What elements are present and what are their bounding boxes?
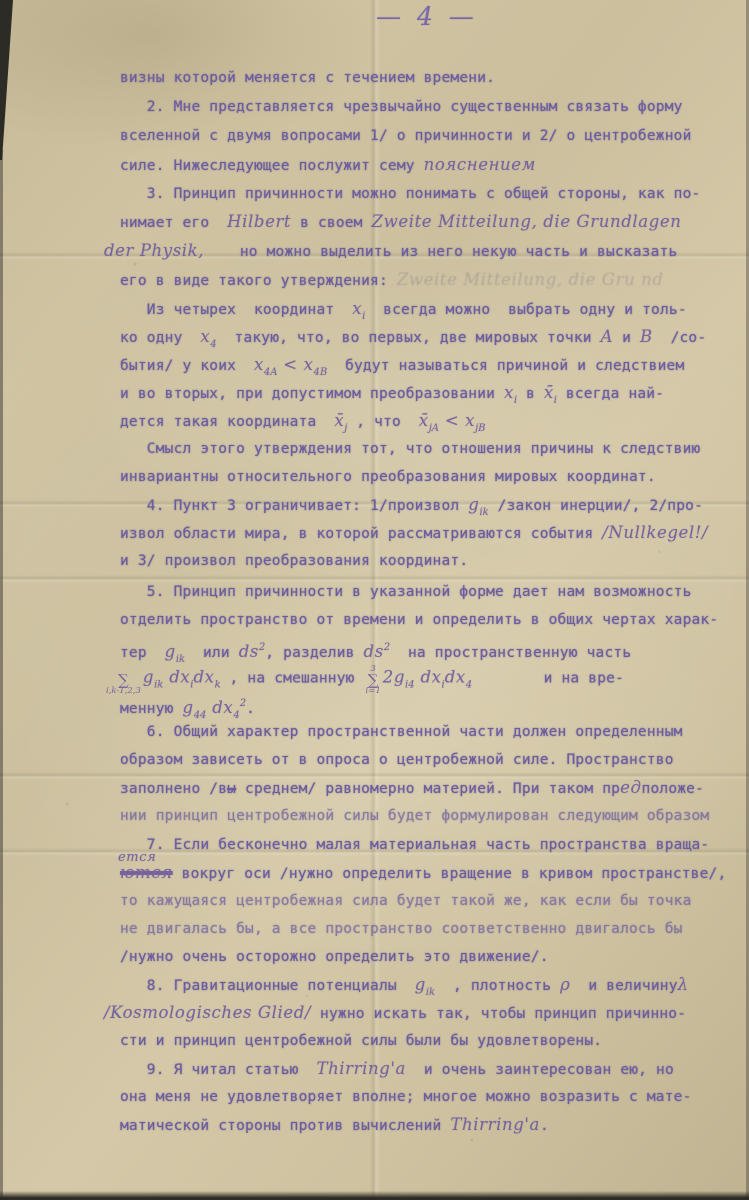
text-line: силе. Нижеследующее послужит сему поясне… — [120, 153, 536, 177]
typed-text: и на вре- — [472, 670, 624, 686]
handwritten-text: Hilbert — [227, 212, 291, 231]
handwritten-text: /Kosmologisches Glied/ — [104, 1003, 311, 1022]
handwritten-text: x̄ — [544, 383, 554, 402]
typed-text: силе. Нижеследующее послужит сему — [120, 158, 424, 174]
text-line: 6. Общий характер пространственной части… — [120, 720, 683, 744]
handwritten-text: dx — [445, 667, 466, 686]
typed-text: среднем/ равномерно материей. При таком … — [236, 781, 620, 797]
typed-text: такую, что, во первых, две мировых точки — [217, 330, 601, 346]
text-line: тер gik или ds2, разделив ds2 на простра… — [120, 636, 631, 660]
text-line: заполнено /вы среднем/ равномерно матери… — [120, 776, 704, 800]
typed-text: матической стороны против вычислений — [120, 1118, 450, 1134]
summation-symbol: ∑i,k-1,2,3 — [106, 665, 141, 696]
handwritten-text: g — [183, 698, 194, 717]
typed-text: то кажущаяся центробежная сила будет так… — [120, 893, 692, 909]
typed-text: . — [540, 1118, 549, 1134]
scan-edge-bottom — [0, 1191, 749, 1200]
summation-symbol: 3∑i=1 — [366, 665, 381, 696]
typed-text: 7. Если бесконечно малая материальная ча… — [120, 837, 709, 853]
typed-text: отделить пространство от времени и опред… — [120, 612, 718, 628]
text-line: дется такая координата x̄j , что x̄jA < … — [120, 409, 486, 433]
typed-text: вокруг оси /нужно определить вращение в … — [173, 866, 727, 882]
typed-text: всегда най- — [557, 386, 664, 402]
typed-text: и — [613, 330, 640, 346]
typed-text: и 3/ произвол преобразования координат. — [120, 553, 468, 569]
handwritten-text: g — [415, 975, 426, 994]
handwritten-text: ρ — [560, 975, 570, 994]
text-line: визны которой меняется с течением времен… — [120, 66, 495, 90]
typed-text: будут называться причиной и следствием — [327, 358, 684, 374]
text-line: /нужно очень осторожно определить это дв… — [120, 945, 549, 969]
document-body: визны которой меняется с течением времен… — [0, 0, 749, 1200]
typed-text: 5. Принцип причинности в указанной форме… — [120, 584, 692, 600]
handwritten-text: ются — [120, 863, 173, 882]
handwritten-text: 2g — [383, 667, 405, 686]
typed-text: положе- — [642, 781, 705, 797]
typed-text: всегда можно выбрать одну и толь- — [365, 302, 686, 318]
typed-text: 2. Мне представляется чрезвычайно сущест… — [120, 99, 683, 115]
text-line: инвариантны относительного преобразовани… — [120, 465, 656, 489]
typed-text: не двигалась бы, а все пространство соот… — [120, 921, 683, 937]
text-line: 8. Гравитационные потенциалы gik , плотн… — [120, 973, 689, 997]
handwritten-text: A — [601, 327, 614, 346]
handwritten-text: B — [640, 327, 653, 346]
handwritten-text: ik — [479, 507, 488, 518]
typed-text: нимает его — [120, 215, 227, 231]
typed-text: дется такая координата — [120, 414, 334, 430]
typed-text: , разделив — [265, 645, 363, 661]
typed-text: заполнено /в — [120, 781, 227, 797]
text-line: образом зависеть от в опроса о центробеж… — [120, 748, 674, 772]
handwritten-text: x — [352, 299, 362, 318]
typed-text: вселенной с двумя вопросами 1/ о причинн… — [120, 128, 692, 144]
typed-text: тер — [120, 645, 165, 661]
text-line: /Kosmologisches Glied/ нужно искать так,… — [104, 1001, 686, 1025]
text-line: Из четырех координат xi всегда можно выб… — [120, 297, 687, 321]
handwritten-text: Thirring'a — [316, 1059, 406, 1078]
text-line: она меня не удовлетворяет вполне; многое… — [120, 1085, 692, 1109]
handwritten-text: x — [465, 411, 475, 430]
typed-text: Смысл этого утверждения тот, что отношен… — [120, 441, 700, 457]
text-line: отделить пространство от времени и опред… — [120, 608, 718, 632]
handwritten-text: < — [439, 411, 465, 430]
handwritten-text: jB — [475, 423, 485, 434]
typed-text: извол области мира, в которой рассматрив… — [120, 526, 602, 542]
typed-text: сти и принцип центробежной силы были бы … — [120, 1033, 602, 1049]
text-line: сти и принцип центробежной силы были бы … — [120, 1029, 602, 1053]
text-line: извол области мира, в которой рассматрив… — [120, 521, 708, 545]
handwritten-text: dx — [415, 667, 442, 686]
typed-text: или — [185, 645, 239, 661]
typed-text: /закон инерции/, 2/про- — [489, 498, 703, 514]
text-line: и 3/ произвол преобразования координат. — [120, 549, 468, 573]
handwritten-text: ds — [239, 642, 259, 661]
handwritten-text: ds — [364, 642, 384, 661]
handwritten-text: ед — [620, 778, 641, 797]
handwritten-text: x — [304, 355, 314, 374]
text-line: матической стороны против вычислений Thi… — [120, 1113, 549, 1137]
handwritten-text: x̄ — [334, 411, 344, 430]
typed-text: но можно выделить из него некую часть и … — [204, 244, 677, 260]
text-line: етсяются вокруг оси /нужно определить вр… — [120, 861, 726, 885]
handwritten-text: Thirring'a — [450, 1115, 540, 1134]
typed-text: ы — [227, 781, 236, 797]
typed-text: образом зависеть от в опроса о центробеж… — [120, 752, 674, 768]
handwritten-text: 4A — [264, 367, 278, 378]
typed-text: 8. Гравитационные потенциалы — [120, 978, 415, 994]
typed-text: 3. Принцип причинности можно понимать с … — [120, 186, 700, 202]
text-line: и во вторых, при допустимом преобразован… — [120, 381, 664, 405]
handwritten-text: пояснением — [424, 155, 536, 174]
handwritten-text: g — [143, 667, 154, 686]
typed-text: 4. Пункт 3 ограничивает: 1/произвол — [120, 498, 468, 514]
handwritten-text: jA — [429, 423, 439, 434]
handwritten-text: dx — [193, 667, 214, 686]
text-line: менную g44 dx42. — [120, 692, 255, 716]
typed-text: и очень заинтересован ею, но — [406, 1062, 674, 1078]
typed-text: менную — [120, 701, 183, 717]
handwritten-text: Zweite Mitteilung, die Grundlagen — [372, 212, 682, 231]
text-line: ∑i,k-1,2,3gik dxidxk , на смешанную 3∑i=… — [104, 663, 624, 687]
handwritten-text: der Physik, — [104, 241, 204, 260]
handwritten-text: Zweite Mitteilung, die Gru nd — [397, 270, 664, 289]
typed-text: она меня не удовлетворяет вполне; многое… — [120, 1089, 692, 1105]
typed-text: нии принцип центробежной силы будет форм… — [120, 808, 709, 824]
handwritten-text: dx — [163, 667, 190, 686]
handwritten-text: ik — [426, 987, 435, 998]
text-line: не двигалась бы, а все пространство соот… — [120, 917, 683, 941]
typed-text: его в виде такого утверждения: — [120, 273, 397, 289]
typed-text: /со- — [653, 330, 707, 346]
handwritten-text: λ — [678, 975, 689, 994]
typed-text: ко одну — [120, 330, 200, 346]
handwritten-text: g — [165, 642, 176, 661]
typed-text: 9. Я читал статью — [120, 1062, 316, 1078]
text-line: 7. Если бесконечно малая материальная ча… — [120, 833, 709, 857]
typed-text: в своем — [291, 215, 371, 231]
handwritten-text: i4 — [405, 679, 415, 690]
text-line: der Physik, но можно выделить из него не… — [104, 239, 677, 263]
text-line: Смысл этого утверждения тот, что отношен… — [120, 437, 700, 461]
text-line: ко одну x4 такую, что, во первых, две ми… — [120, 325, 706, 349]
typed-text: /нужно очень осторожно определить это дв… — [120, 949, 549, 965]
handwritten-text: ik — [154, 679, 163, 690]
handwritten-text: dx — [206, 698, 233, 717]
text-line: 9. Я читал статью Thirring'a и очень заи… — [120, 1057, 674, 1081]
handwritten-text: g — [468, 495, 479, 514]
text-line: 2. Мне представляется чрезвычайно сущест… — [120, 95, 683, 119]
typed-text: и величину — [570, 978, 677, 994]
handwritten-text: x — [200, 327, 210, 346]
typed-text: , на смешанную — [221, 670, 364, 686]
typed-text: визны которой меняется с течением времен… — [120, 70, 495, 86]
text-line: нимает его Hilbert в своем Zweite Mittei… — [120, 210, 681, 234]
text-line: 5. Принцип причинности в указанной форме… — [120, 580, 692, 604]
handwritten-text: < — [277, 355, 303, 374]
text-line: 4. Пункт 3 ограничивает: 1/произвол gik … — [120, 493, 703, 517]
text-line: вселенной с двумя вопросами 1/ о причинн… — [120, 124, 692, 148]
scan-edge-left-thin — [0, 150, 3, 1200]
document-page: — 4 — визны которой меняется с течением … — [0, 0, 749, 1200]
handwritten-text: x — [504, 383, 514, 402]
handwritten-text: x — [254, 355, 264, 374]
typed-text: в — [517, 386, 544, 402]
typed-text: , что — [347, 414, 418, 430]
text-line: 3. Принцип причинности можно понимать с … — [120, 182, 700, 206]
typed-text: на пространственную часть — [390, 645, 631, 661]
typed-text: и во вторых, при допустимом преобразован… — [120, 386, 504, 402]
text-line: его в виде такого утверждения: Zweite Mi… — [120, 268, 664, 292]
text-line: бытия/ у коих x4A < x4B будут называться… — [120, 353, 684, 377]
typed-text: инвариантны относительного преобразовани… — [120, 469, 656, 485]
typed-text: нужно искать так, чтобы принцип причинно… — [311, 1006, 686, 1022]
typed-text: , плотность — [435, 978, 560, 994]
text-line: нии принцип центробежной силы будет форм… — [120, 804, 709, 828]
typed-text: 6. Общий характер пространственной части… — [120, 724, 683, 740]
handwritten-text: 4B — [313, 367, 327, 378]
handwritten-text: /Nullkegel!/ — [602, 523, 708, 542]
typed-text: бытия/ у коих — [120, 358, 254, 374]
typed-text: Из четырех координат — [120, 302, 352, 318]
handwritten-text: x̄ — [419, 411, 429, 430]
text-line: то кажущаяся центробежная сила будет так… — [120, 889, 692, 913]
typed-text: . — [246, 701, 255, 717]
